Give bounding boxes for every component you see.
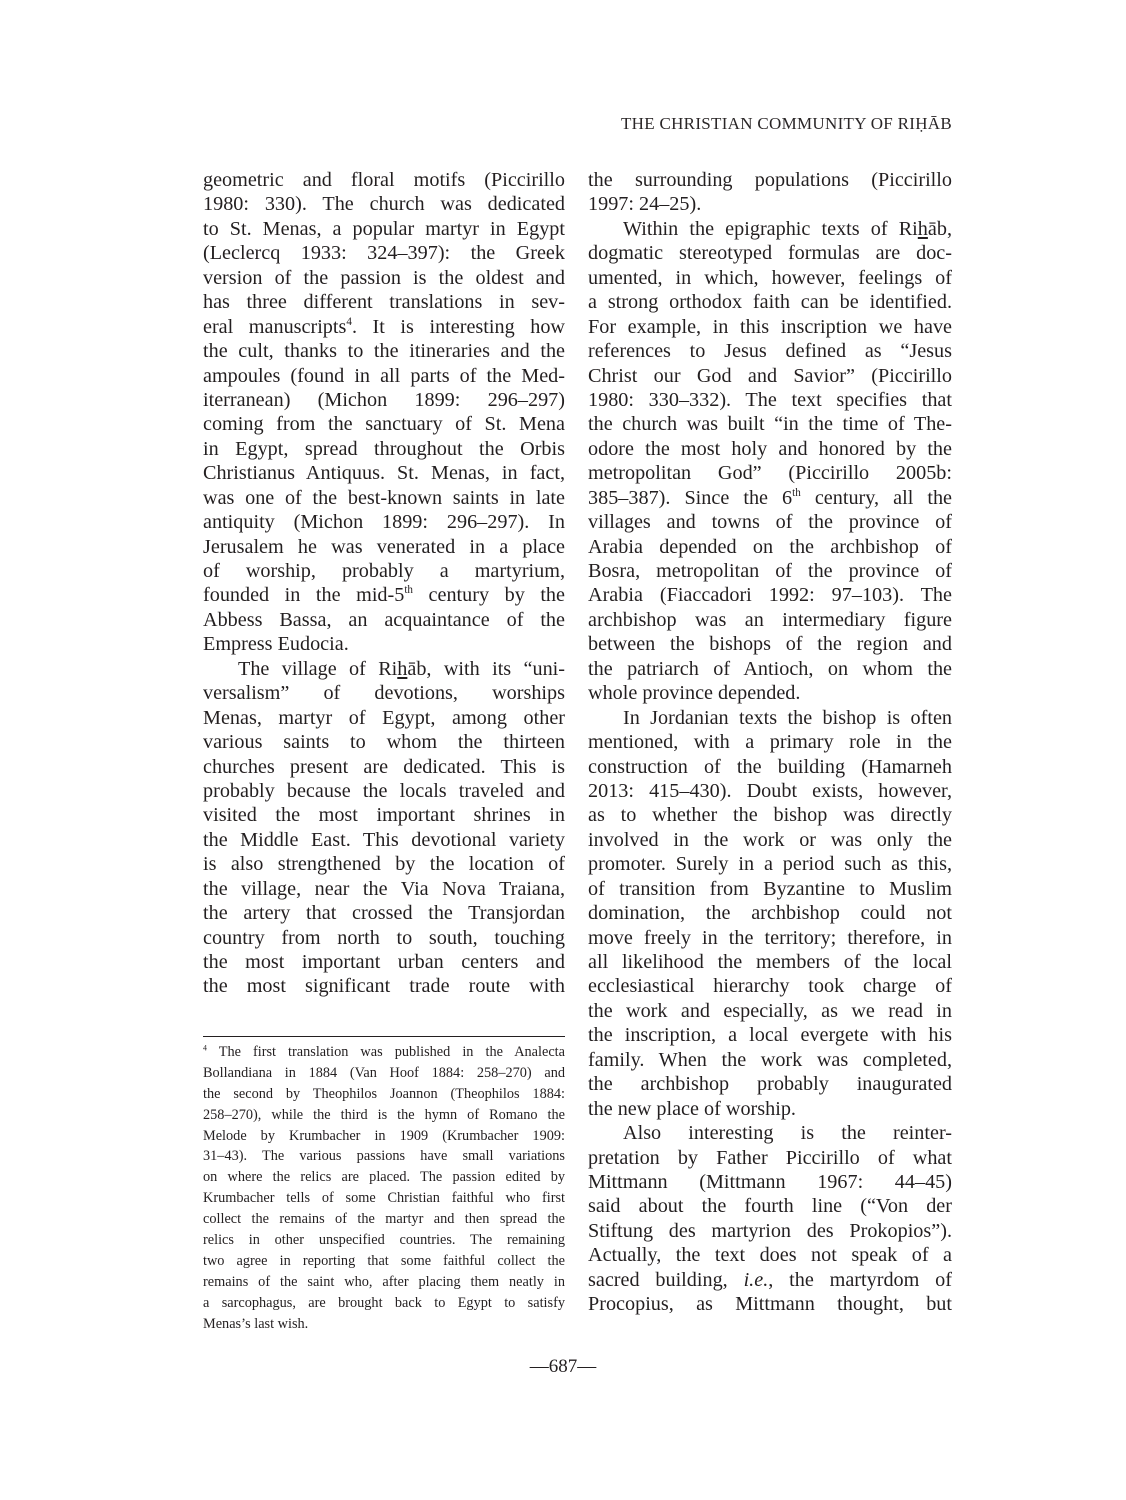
right-column: the surrounding populations (Piccirillo … bbox=[588, 168, 952, 1317]
text-line: the artery that crossed the Transjordan bbox=[203, 901, 565, 925]
text-line: eral manuscripts4. It is interesting how bbox=[203, 315, 565, 339]
text-line: all likelihood the members of the local bbox=[588, 950, 952, 974]
text-line: Arabia (Fiaccadori 1992: 97–103). The bbox=[588, 583, 952, 607]
text-line: 1980: 330). The church was dedicated bbox=[203, 192, 565, 216]
text-line: said about the fourth line (“Von der bbox=[588, 1194, 952, 1218]
text-line: Empress Eudocia. bbox=[203, 632, 565, 656]
text-line: ecclesiastical hierarchy took charge of bbox=[588, 974, 952, 998]
text-line: the inscription, a local evergete with h… bbox=[588, 1023, 952, 1047]
running-head: THE CHRISTIAN COMMUNITY OF RIḤĀB bbox=[560, 114, 952, 134]
text-line: a strong orthodox faith can be identifie… bbox=[588, 290, 952, 314]
text-line: was one of the best-known saints in late bbox=[203, 486, 565, 510]
footnote-line: 258–270), while the third is the hymn of… bbox=[203, 1105, 565, 1126]
text-line: Procopius, as Mittmann thought, but bbox=[588, 1292, 952, 1316]
footnote-4: 4 The first translation was published in… bbox=[203, 1042, 565, 1334]
paragraph-start: In Jordanian texts the bishop is often bbox=[588, 706, 952, 730]
text-line: versalism” of devotions, worships bbox=[203, 681, 565, 705]
text-line: the work and especially, as we read in bbox=[588, 999, 952, 1023]
footnote-line: two agree in reporting that some faithfu… bbox=[203, 1251, 565, 1272]
text-line: domination, the archbishop could not bbox=[588, 901, 952, 925]
text-line: 2013: 415–430). Doubt exists, however, bbox=[588, 779, 952, 803]
text-line: 1980: 330–332). The text specifies that bbox=[588, 388, 952, 412]
text-line: mentioned, with a primary role in the bbox=[588, 730, 952, 754]
text-line: references to Jesus defined as “Jesus bbox=[588, 339, 952, 363]
text-line: the cult, thanks to the itineraries and … bbox=[203, 339, 565, 363]
footnote-line: collect the remains of the martyr and th… bbox=[203, 1209, 565, 1230]
text-line: country from north to south, touching bbox=[203, 926, 565, 950]
page-number: —687— bbox=[0, 1356, 1126, 1378]
text-line: Actually, the text does not speak of a bbox=[588, 1243, 952, 1267]
text-line: probably because the locals traveled and bbox=[203, 779, 565, 803]
text-line: founded in the mid-5th century by the bbox=[203, 583, 565, 607]
text-line: coming from the sanctuary of St. Mena bbox=[203, 412, 565, 436]
text-line: iterranean) (Michon 1899: 296–297) bbox=[203, 388, 565, 412]
text-line: Abbess Bassa, an acquaintance of the bbox=[203, 608, 565, 632]
text-line: Christianus Antiquus. St. Menas, in fact… bbox=[203, 461, 565, 485]
footnote-line: Bollandiana in 1884 (Van Hoof 1884: 258–… bbox=[203, 1063, 565, 1084]
text-line: construction of the building (Hamarneh bbox=[588, 755, 952, 779]
paragraph-start: Within the epigraphic texts of Rihāb, bbox=[588, 217, 952, 241]
footnote-line: 4 The first translation was published in… bbox=[203, 1042, 565, 1063]
text-line: antiquity (Michon 1899: 296–297). In bbox=[203, 510, 565, 534]
text-line: churches present are dedicated. This is bbox=[203, 755, 565, 779]
text-line: the village, near the Via Nova Traiana, bbox=[203, 877, 565, 901]
paragraph-start: The village of Rihāb, with its “uni- bbox=[203, 657, 565, 681]
text-line: villages and towns of the province of bbox=[588, 510, 952, 534]
text-line: 1997: 24–25). bbox=[588, 192, 952, 216]
text-line: Bosra, metropolitan of the province of bbox=[588, 559, 952, 583]
footnote-line: Menas’s last wish. bbox=[203, 1314, 565, 1335]
text-line: 385–387). Since the 6th century, all the bbox=[588, 486, 952, 510]
text-line: is also strengthened by the location of bbox=[203, 852, 565, 876]
text-line: Mittmann (Mittmann 1967: 44–45) bbox=[588, 1170, 952, 1194]
text-line: whole province depended. bbox=[588, 681, 952, 705]
text-line: Arabia depended on the archbishop of bbox=[588, 535, 952, 559]
text-line: in Egypt, spread throughout the Orbis bbox=[203, 437, 565, 461]
text-line: ampoules (found in all parts of the Med- bbox=[203, 364, 565, 388]
paragraph-start: Also interesting is the reinter- bbox=[588, 1121, 952, 1145]
footnote-divider bbox=[203, 1036, 565, 1037]
footnote-line: 31–43). The various passions have small … bbox=[203, 1146, 565, 1167]
text-line: (Leclercq 1933: 324–397): the Greek bbox=[203, 241, 565, 265]
text-line: sacred building, i.e., the martyrdom of bbox=[588, 1268, 952, 1292]
text-line: Jerusalem he was venerated in a place bbox=[203, 535, 565, 559]
text-line: geometric and floral motifs (Piccirillo bbox=[203, 168, 565, 192]
text-line: umented, in which, however, feelings of bbox=[588, 266, 952, 290]
text-line: odore the most holy and honored by the bbox=[588, 437, 952, 461]
text-line: of transition from Byzantine to Muslim bbox=[588, 877, 952, 901]
footnote-line: a sarcophagus, are brought back to Egypt… bbox=[203, 1293, 565, 1314]
footnote-line: on where the relics are placed. The pass… bbox=[203, 1167, 565, 1188]
footnote-line: the second by Theophilos Joannon (Theoph… bbox=[203, 1084, 565, 1105]
text-line: various saints to whom the thirteen bbox=[203, 730, 565, 754]
text-line: Stiftung des martyrion des Prokopios”). bbox=[588, 1219, 952, 1243]
text-line: Menas, martyr of Egypt, among other bbox=[203, 706, 565, 730]
footnote-line: remains of the saint who, after placing … bbox=[203, 1272, 565, 1293]
left-column: geometric and floral motifs (Piccirillo … bbox=[203, 168, 565, 999]
text-line: involved in the work or was only the bbox=[588, 828, 952, 852]
text-line: promoter. Surely in a period such as thi… bbox=[588, 852, 952, 876]
text-line: the archbishop probably inaugurated bbox=[588, 1072, 952, 1096]
text-line: between the bishops of the region and bbox=[588, 632, 952, 656]
text-line: the most important urban centers and bbox=[203, 950, 565, 974]
text-line: version of the passion is the oldest and bbox=[203, 266, 565, 290]
text-line: visited the most important shrines in bbox=[203, 803, 565, 827]
text-line: has three different translations in sev- bbox=[203, 290, 565, 314]
text-line: the most significant trade route with bbox=[203, 974, 565, 998]
text-line: the surrounding populations (Piccirillo bbox=[588, 168, 952, 192]
text-line: as to whether the bishop was directly bbox=[588, 803, 952, 827]
text-line: the Middle East. This devotional variety bbox=[203, 828, 565, 852]
text-line: metropolitan God” (Piccirillo 2005b: bbox=[588, 461, 952, 485]
text-line: of worship, probably a martyrium, bbox=[203, 559, 565, 583]
text-line: Christ our God and Savior” (Piccirillo bbox=[588, 364, 952, 388]
footnote-line: relics in other unspecified countries. T… bbox=[203, 1230, 565, 1251]
text-line: to St. Menas, a popular martyr in Egypt bbox=[203, 217, 565, 241]
text-line: archbishop was an intermediary figure bbox=[588, 608, 952, 632]
text-line: the patriarch of Antioch, on whom the bbox=[588, 657, 952, 681]
text-line: family. When the work was completed, bbox=[588, 1048, 952, 1072]
footnote-line: Melode by Krumbacher in 1909 (Krumbacher… bbox=[203, 1126, 565, 1147]
text-line: the new place of worship. bbox=[588, 1097, 952, 1121]
text-line: move freely in the territory; therefore,… bbox=[588, 926, 952, 950]
footnote-line: Krumbacher tells of some Christian faith… bbox=[203, 1188, 565, 1209]
text-line: the church was built “in the time of The… bbox=[588, 412, 952, 436]
text-line: pretation by Father Piccirillo of what bbox=[588, 1146, 952, 1170]
text-line: For example, in this inscription we have bbox=[588, 315, 952, 339]
text-line: dogmatic stereotyped formulas are doc- bbox=[588, 241, 952, 265]
